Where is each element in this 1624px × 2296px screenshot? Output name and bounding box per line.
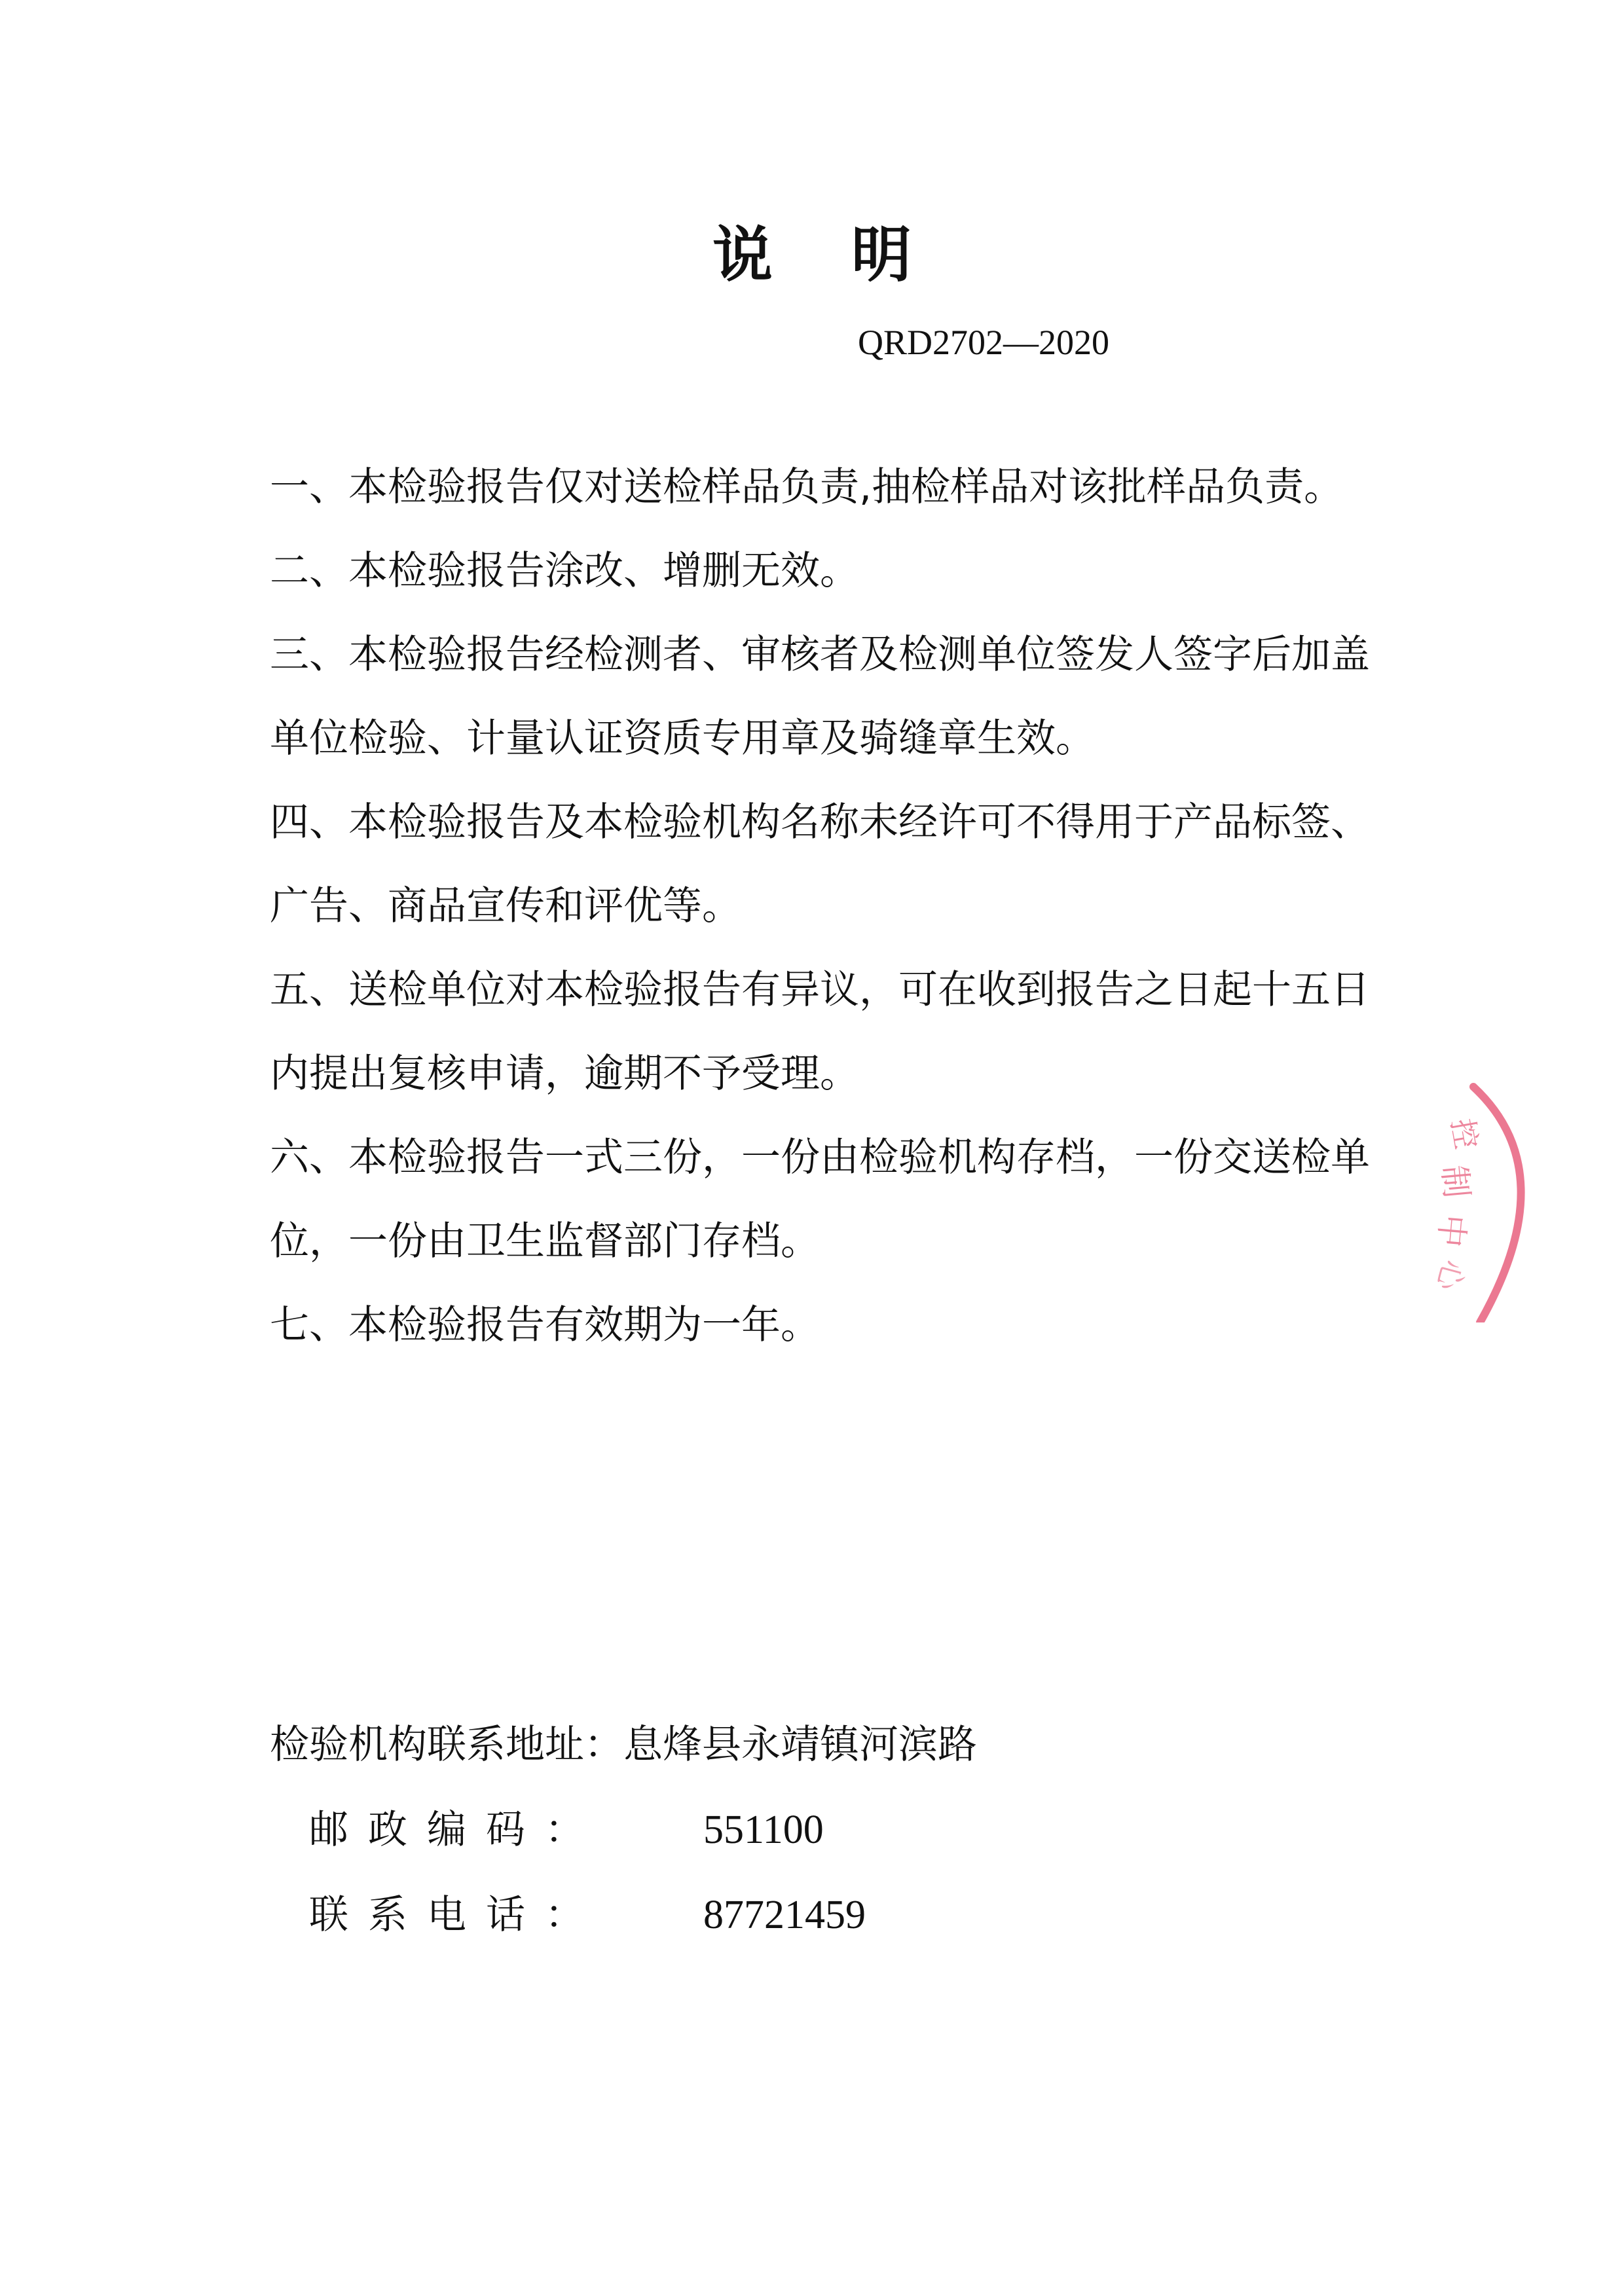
clause-item: 二、本检验报告涂改、增删无效。 — [270, 529, 1383, 613]
clause-item: 四、本检验报告及本检验机构名称未经许可不得用于产品标签、广告、商品宣传和评优等。 — [270, 780, 1383, 948]
clause-item: 六、本检验报告一式三份，一份由检验机构存档，一份交送检单位，一份由卫生监督部门存… — [270, 1116, 1383, 1283]
clause-item: 五、送检单位对本检验报告有异议，可在收到报告之日起十五日内提出复核申请，逾期不予… — [270, 948, 1383, 1116]
contact-block: 检验机构联系地址：息烽县永靖镇河滨路 邮政编码： 551100 联系电话： 87… — [270, 1702, 977, 1958]
clause-item: 一、本检验报告仅对送检样品负责,抽检样品对该批样品负责。 — [270, 445, 1383, 529]
phone-row: 联系电话： 87721459 — [270, 1872, 977, 1958]
address-row: 检验机构联系地址：息烽县永靖镇河滨路 — [270, 1702, 977, 1787]
address-value: 息烽县永靖镇河滨路 — [623, 1722, 977, 1768]
phone-value: 87721459 — [703, 1872, 866, 1958]
document-number: QRD2702—2020 — [858, 319, 1109, 365]
address-label: 检验机构联系地址： — [270, 1722, 623, 1768]
clause-list: 一、本检验报告仅对送检样品负责,抽检样品对该批样品负责。 二、本检验报告涂改、增… — [270, 445, 1383, 1367]
svg-text:心: 心 — [1430, 1256, 1472, 1296]
svg-text:制: 制 — [1435, 1163, 1475, 1199]
phone-label: 联系电话： — [270, 1872, 656, 1958]
svg-text:控: 控 — [1445, 1116, 1485, 1152]
postal-row: 邮政编码： 551100 — [270, 1787, 977, 1872]
postal-label: 邮政编码： — [270, 1787, 656, 1872]
postal-value: 551100 — [703, 1787, 824, 1872]
clause-item: 七、本检验报告有效期为一年。 — [270, 1283, 1383, 1367]
page-title: 说明 — [0, 216, 1624, 295]
partial-seal-stamp-icon: 控 制 中 心 — [1428, 1074, 1624, 1322]
svg-text:中: 中 — [1431, 1213, 1471, 1249]
clause-item: 三、本检验报告经检测者、审核者及检测单位签发人签字后加盖单位检验、计量认证资质专… — [270, 613, 1383, 780]
